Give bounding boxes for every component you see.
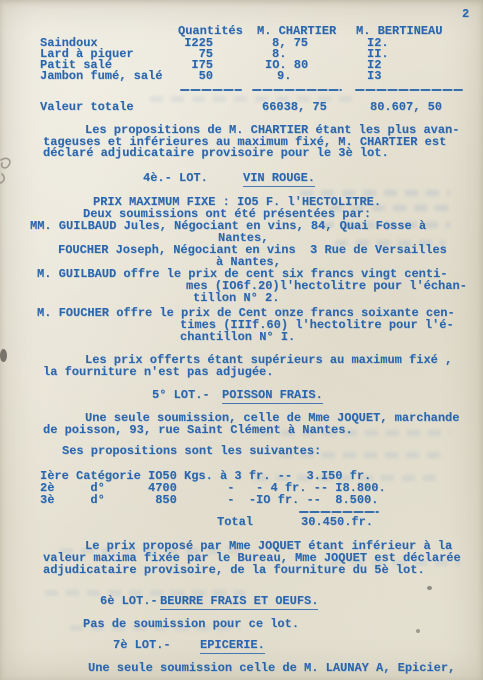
handwritten-pencil-mark [0,152,18,186]
table-row-qty: 50 [177,70,213,83]
lot7-heading-title: EPICERIE. [200,639,265,654]
lot4-heading-prefix: 4è.- LOT. [143,172,208,185]
table-column-rule [252,89,342,91]
table-row-bertineau: I3 [367,70,381,83]
lot6-heading-prefix: 6è LOT.- [100,595,158,608]
lot4-offer1-line: tillon N° 2. [193,292,279,305]
lot4-offer2-line: chantillon N° I. [180,331,295,344]
table-row-label: Jambon fumé, salé [40,70,162,83]
paper-speck [427,586,432,590]
lot4-heading-title: VIN ROUGE. [243,172,315,187]
lot7-line: Une seule soumission celle de M. LAUNAY … [88,662,455,675]
lot5-heading-title: POISSON FRAIS. [222,389,323,404]
total-label: Valeur totale [40,101,134,114]
table-column-rule [355,89,463,91]
paragraph-line: déclaré adjudicataire provisoire pour le… [43,147,389,160]
lot5-total-label: Total [217,516,253,529]
lot5-propositions-line: Ses propositions sont les suivantes: [62,445,321,458]
lot6-note-line: Pas de soumission pour ce lot. [83,618,299,631]
ink-smudge [0,349,7,362]
lot5-table-row: 3è d° 850 - -IO fr. -- 8.500. [40,494,378,507]
lot5-intro-line: de poisson, 93, rue Saint Clément à Nant… [43,424,353,437]
lot7-heading-prefix: 7è LOT.- [113,639,171,652]
lot5-total-value: 30.450.fr. [301,516,373,529]
total-chartier: 66038, 75 [262,101,327,114]
paper-speck [416,629,420,633]
lot5-result-line: adjudicataire provisoire, de la fournitu… [43,564,425,577]
lot4-result-line: la fourniture n'est pas adjugée. [43,366,273,379]
table-row-chartier: 9. [277,70,291,83]
document-page: 2 Quantités M. CHARTIER M. BERTINEAU Sai… [0,0,483,680]
total-bertineau: 80.607, 50 [370,101,442,114]
total-rule [299,511,379,513]
page-number: 2 [462,8,469,21]
bleed-through-mark [150,96,360,102]
lot6-heading-title: BEURRE FRAIS ET OEUFS. [160,595,318,610]
table-column-rule [180,89,242,91]
lot5-heading-prefix: 5° LOT.- [152,389,210,402]
